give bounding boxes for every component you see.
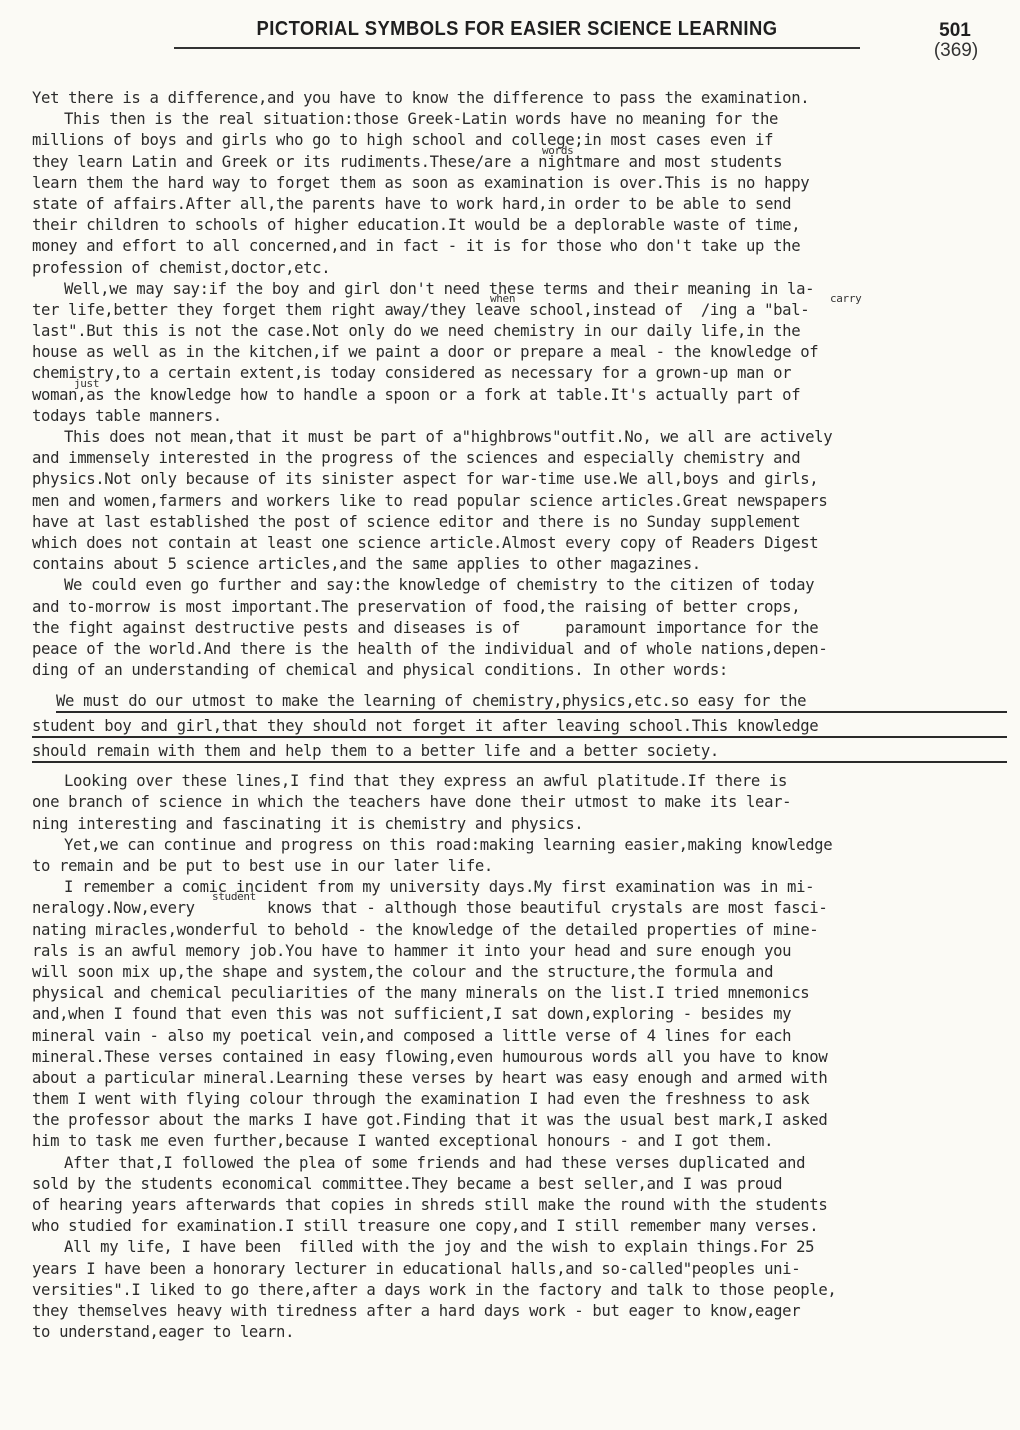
text-line: contains about 5 science articles,and th… xyxy=(32,554,1007,575)
text-line: last".But this is not the case.Not only … xyxy=(32,321,1007,342)
text-line: ter life,better they forget them right a… xyxy=(32,300,1007,321)
text-line: which does not contain at least one scie… xyxy=(32,533,1007,554)
text-line: learn them the hard way to forget them a… xyxy=(32,173,1007,194)
text-line: sold by the students economical committe… xyxy=(32,1174,1007,1195)
interlinear-insertion: words xyxy=(542,145,573,156)
paragraph: I remember a comic incident from my univ… xyxy=(32,877,1007,1152)
paragraph: All my life, I have been filled with the… xyxy=(32,1237,1007,1343)
text-line: I remember a comic incident from my univ… xyxy=(32,877,1007,898)
body-text: Yet there is a difference,and you have t… xyxy=(32,88,1007,1343)
interlinear-insertion: student xyxy=(212,891,256,902)
text-line: physical and chemical peculiarities of t… xyxy=(32,983,1007,1004)
text-line: him to task me even further,because I wa… xyxy=(32,1131,1007,1152)
paragraph: This does not mean,that it must be part … xyxy=(32,427,1007,575)
interlinear-insertion: carry xyxy=(830,293,861,304)
paragraph: This then is the real situation:those Gr… xyxy=(32,109,1007,279)
text-line: rals is an awful memory job.You have to … xyxy=(32,941,1007,962)
text-line: We must do our utmost to make the learni… xyxy=(56,691,1007,713)
paragraph: Yet there is a difference,and you have t… xyxy=(32,88,1007,109)
text-line: will soon mix up,the shape and system,th… xyxy=(32,962,1007,983)
text-line: and to-morrow is most important.The pres… xyxy=(32,597,1007,618)
text-line: profession of chemist,doctor,etc. xyxy=(32,258,1007,279)
text-line: woman,as the knowledge how to handle a s… xyxy=(32,385,1007,406)
text-line: them I went with flying colour through t… xyxy=(32,1089,1007,1110)
paragraph: Yet,we can continue and progress on this… xyxy=(32,835,1007,877)
text-line: peace of the world.And there is the heal… xyxy=(32,639,1007,660)
text-line: chemistry,to a certain extent,is today c… xyxy=(32,363,1007,384)
text-line: money and effort to all concerned,and in… xyxy=(32,236,1007,257)
page-number-alt: (369) xyxy=(924,40,988,62)
page-number: 501 xyxy=(930,20,980,42)
spacer xyxy=(32,681,1007,687)
text-line: ning interesting and fascinating it is c… xyxy=(32,814,1007,835)
text-line: to remain and be put to best use in our … xyxy=(32,856,1007,877)
text-line: one branch of science in which the teach… xyxy=(32,792,1007,813)
text-line: and,when I found that even this was not … xyxy=(32,1004,1007,1025)
paragraph: Looking over these lines,I find that the… xyxy=(32,771,1007,835)
text-line: their children to schools of higher educ… xyxy=(32,215,1007,236)
paragraph: We could even go further and say:the kno… xyxy=(32,575,1007,681)
text-line: After that,I followed the plea of some f… xyxy=(32,1153,1007,1174)
text-line: to understand,eager to learn. xyxy=(32,1322,1007,1343)
text-line: who studied for examination.I still trea… xyxy=(32,1216,1007,1237)
text-line: We could even go further and say:the kno… xyxy=(32,575,1007,596)
text-line: Yet there is a difference,and you have t… xyxy=(32,88,1007,109)
text-line: about a particular mineral.Learning thes… xyxy=(32,1068,1007,1089)
text-line: and immensely interested in the progress… xyxy=(32,448,1007,469)
text-line: This does not mean,that it must be part … xyxy=(32,427,1007,448)
text-line: This then is the real situation:those Gr… xyxy=(32,109,1007,130)
text-line: todays table manners. xyxy=(32,406,1007,427)
text-line: Looking over these lines,I find that the… xyxy=(32,771,1007,792)
text-line: All my life, I have been filled with the… xyxy=(32,1237,1007,1258)
text-line: they learn Latin and Greek or its rudime… xyxy=(32,152,1007,173)
text-line: of hearing years afterwards that copies … xyxy=(32,1195,1007,1216)
text-line: years I have been a honorary lecturer in… xyxy=(32,1259,1007,1280)
page-header: PICTORIAL SYMBOLS FOR EASIER SCIENCE LEA… xyxy=(0,0,1020,80)
title-rule xyxy=(174,47,860,49)
text-line: house as well as in the kitchen,if we pa… xyxy=(32,342,1007,363)
running-title: PICTORIAL SYMBOLS FOR EASIER SCIENCE LEA… xyxy=(200,18,835,41)
paragraph: After that,I followed the plea of some f… xyxy=(32,1153,1007,1238)
text-line: versities".I liked to go there,after a d… xyxy=(32,1280,1007,1301)
text-line: physics.Not only because of its sinister… xyxy=(32,469,1007,490)
paragraph: Well,we may say:if the boy and girl don'… xyxy=(32,279,1007,427)
text-line: millions of boys and girls who go to hig… xyxy=(32,130,1007,151)
interlinear-insertion: when xyxy=(490,293,515,304)
emphasized-statement: We must do our utmost to make the learni… xyxy=(32,691,1007,763)
text-line: should remain with them and help them to… xyxy=(32,741,1007,763)
text-line: mineral.These verses contained in easy f… xyxy=(32,1047,1007,1068)
text-line: the professor about the marks I have got… xyxy=(32,1110,1007,1131)
text-line: men and women,farmers and workers like t… xyxy=(32,491,1007,512)
interlinear-insertion: just xyxy=(74,378,99,389)
text-line: the fight against destructive pests and … xyxy=(32,618,1007,639)
text-line: ding of an understanding of chemical and… xyxy=(32,660,1007,681)
text-line: mineral vain - also my poetical vein,and… xyxy=(32,1026,1007,1047)
text-line: student boy and girl,that they should no… xyxy=(32,716,1007,738)
text-line: they themselves heavy with tiredness aft… xyxy=(32,1301,1007,1322)
text-line: have at last established the post of sci… xyxy=(32,512,1007,533)
text-line: nating miracles,wonderful to behold - th… xyxy=(32,920,1007,941)
text-line: state of affairs.After all,the parents h… xyxy=(32,194,1007,215)
text-line: Yet,we can continue and progress on this… xyxy=(32,835,1007,856)
text-line: neralogy.Now,every knows that - although… xyxy=(32,898,1007,919)
